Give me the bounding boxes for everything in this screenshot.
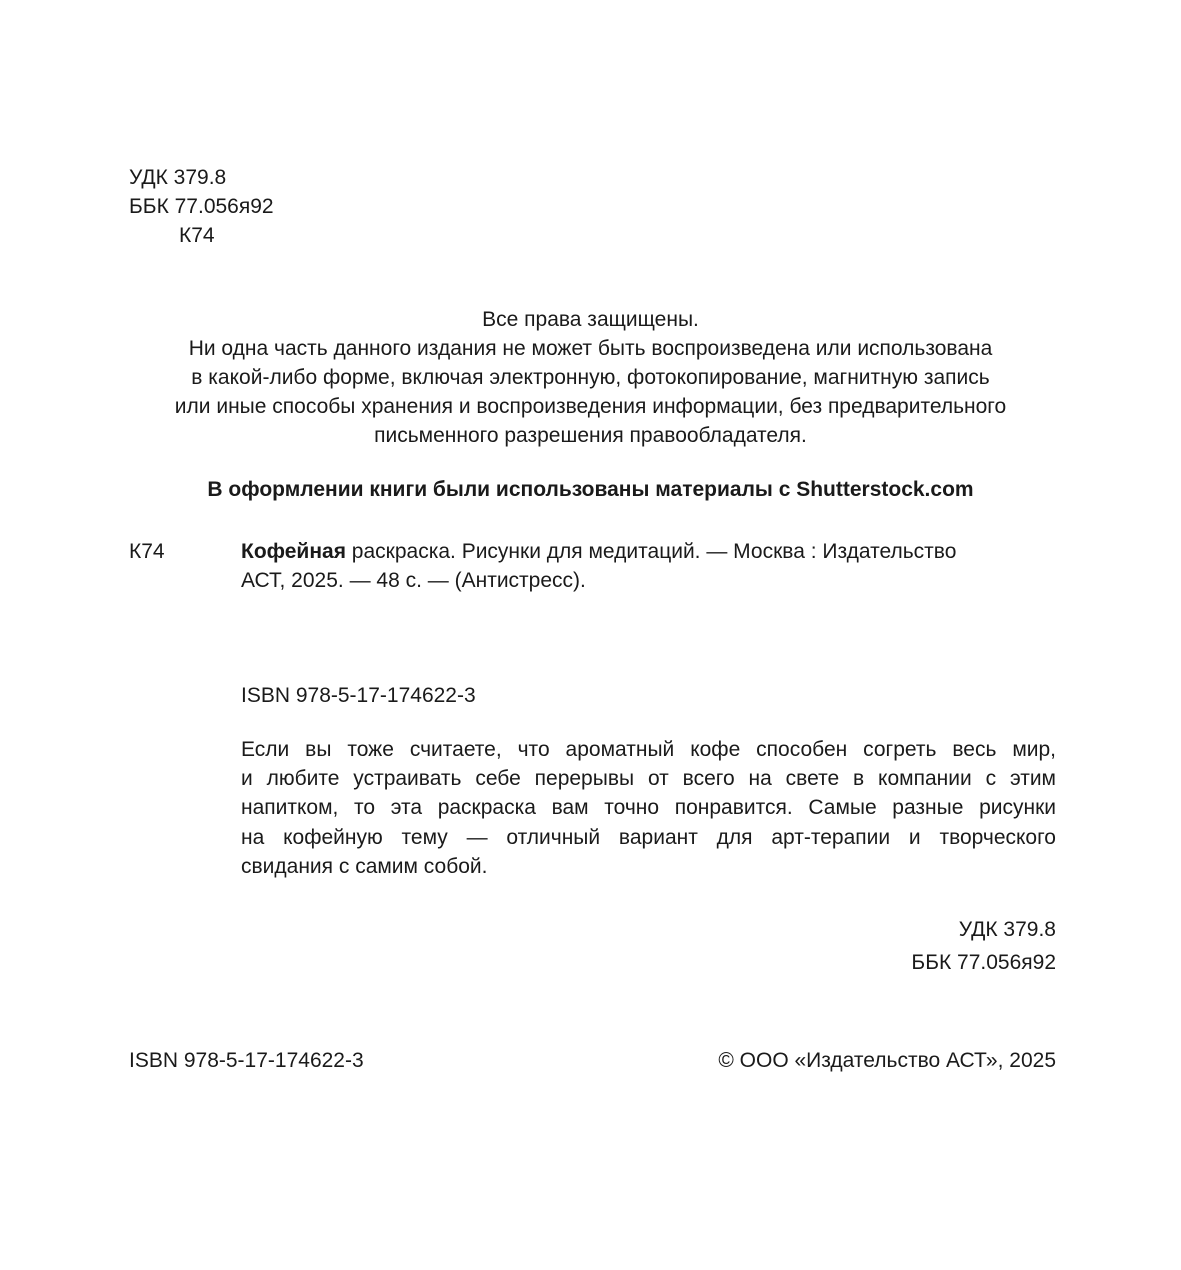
book-title-bold: Кофейная (241, 540, 346, 563)
copyright-notice: © ООО «Издательство АСТ», 2025 (718, 1046, 1056, 1075)
annotation-line: и любите устраивать себе перерывы от все… (241, 764, 1056, 793)
rights-line: или иные способы хранения и воспроизведе… (0, 392, 1181, 421)
bibliographic-line-1-rest: раскраска. Рисунки для медитаций. — Моск… (346, 540, 956, 563)
bibliographic-entry: Кофейная раскраска. Рисунки для медитаци… (241, 537, 1056, 595)
rights-line: Все права защищены. (0, 305, 1181, 334)
annotation-line: свидания с самим собой. (241, 852, 1056, 881)
annotation-paragraph: Если вы тоже считаете, что ароматный коф… (241, 735, 1056, 881)
author-mark: К74 (129, 221, 274, 250)
classification-block-top: УДК 379.8 ББК 77.056я92 К74 (129, 163, 274, 250)
bibliographic-line-2: АСТ, 2025. — 48 с. — (Антистресс). (241, 566, 1056, 595)
annotation-line: напитком, то эта раскраска вам точно пон… (241, 793, 1056, 822)
rights-line: письменного разрешения правообладателя. (0, 421, 1181, 450)
bibliographic-line-1: Кофейная раскраска. Рисунки для медитаци… (241, 537, 1056, 566)
bibliographic-code: К74 (129, 537, 165, 566)
rights-line: в какой-либо форме, включая электронную,… (0, 363, 1181, 392)
isbn-footer: ISBN 978-5-17-174622-3 (129, 1046, 364, 1075)
bbk-code: ББК 77.056я92 (129, 192, 274, 221)
udk-code: УДК 379.8 (911, 913, 1056, 946)
annotation-line: на кофейную тему — отличный вариант для … (241, 823, 1056, 852)
classification-block-bottom: УДК 379.8 ББК 77.056я92 (911, 913, 1056, 979)
bbk-code: ББК 77.056я92 (911, 946, 1056, 979)
image-credit: В оформлении книги были использованы мат… (0, 475, 1181, 504)
udk-code: УДК 379.8 (129, 163, 274, 192)
rights-notice: Все права защищены. Ни одна часть данног… (0, 305, 1181, 450)
rights-line: Ни одна часть данного издания не может б… (0, 334, 1181, 363)
isbn-inner: ISBN 978-5-17-174622-3 (241, 681, 476, 710)
annotation-line: Если вы тоже считаете, что ароматный коф… (241, 735, 1056, 764)
